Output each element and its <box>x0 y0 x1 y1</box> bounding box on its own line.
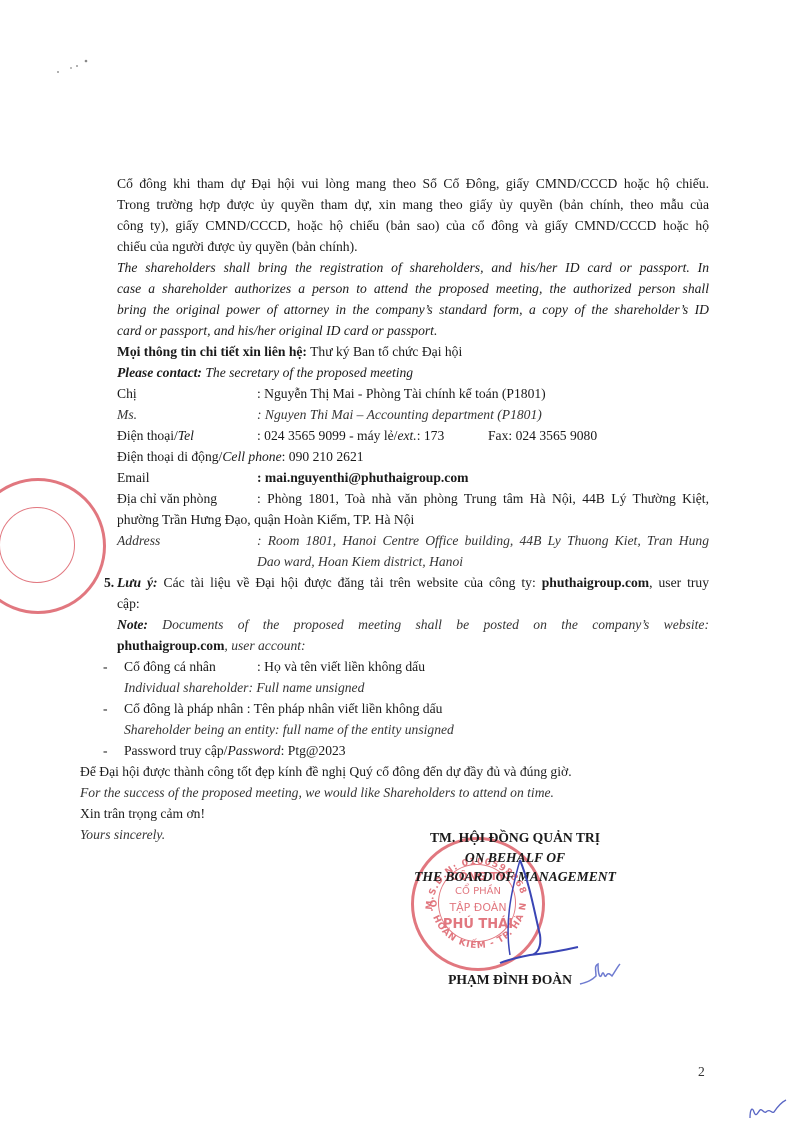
contact-label-ms: Ms. <box>117 405 137 425</box>
contact-heading-en: Please contact: The secretary of the pro… <box>117 363 413 383</box>
contact-address-line-1: : Room 1801, Hanoi Centre Office buildin… <box>257 531 709 551</box>
vn-documents-line-4: chiếu của người được ủy quyền (bản chính… <box>117 237 358 257</box>
bullet-individual-label: Cổ đông cá nhân <box>124 657 216 677</box>
signer-initials <box>578 962 623 992</box>
tel-ext-number: : 173 <box>417 428 445 443</box>
en-documents-line-4: card or passport, and his/her original I… <box>117 321 437 341</box>
note-en-website-link[interactable]: phuthaigroup.com <box>117 638 224 653</box>
tel-number: : 024 3565 9099 - máy lẻ/ <box>257 428 397 443</box>
en-documents-line-1: The shareholders shall bring the registr… <box>117 258 709 278</box>
note-vn-text: Các tài liệu về Đại hội được đăng tải tr… <box>158 575 542 590</box>
vn-documents-line-1: Cổ đông khi tham dự Đại hội vui lòng man… <box>117 174 709 194</box>
note-en-line-1: Note: Documents of the proposed meeting … <box>117 615 709 635</box>
signature-stroke <box>480 855 580 970</box>
contact-address-line-2: Dao ward, Hoan Kiem district, Hanoi <box>257 552 463 572</box>
closing-en-thanks: Yours sincerely. <box>80 825 165 845</box>
tel-label-vn: Điện thoại/ <box>117 428 178 443</box>
bullet-individual-en: Individual shareholder: Full name unsign… <box>124 678 364 698</box>
bullet-entity-en: Shareholder being an entity: full name o… <box>124 720 454 740</box>
contact-email-link[interactable]: : mai.nguyenthi@phuthaigroup.com <box>257 468 468 488</box>
contact-label-chi: Chị <box>117 384 137 404</box>
contact-label-office: Địa chỉ văn phòng <box>117 489 217 509</box>
contact-value-chi: : Nguyễn Thị Mai - Phòng Tài chính kế to… <box>257 384 546 404</box>
note-vn-line-1: Lưu ý: Các tài liệu về Đại hội được đăng… <box>117 573 709 593</box>
margin-stamp-partial <box>0 478 106 614</box>
contact-heading-vn-text: Thư ký Ban tổ chức Đại hội <box>307 344 462 359</box>
closing-vn-request: Để Đại hội được thành công tốt đẹp kính … <box>80 762 572 782</box>
note-vn-line-2: cập: <box>117 594 140 614</box>
closing-en-request: For the success of the proposed meeting,… <box>80 783 554 803</box>
contact-label-address: Address <box>117 531 160 551</box>
note-en-text: Documents of the proposed meeting shall … <box>148 617 709 632</box>
margin-stamp-inner-ring <box>0 507 75 583</box>
bullet-dash-2: - <box>103 699 108 719</box>
contact-heading-en-bold: Please contact: <box>117 365 202 380</box>
scan-artifact <box>55 55 95 80</box>
note-vn-text-b: , user truy <box>649 575 709 590</box>
password-label-vn: Password truy cập/ <box>124 743 227 758</box>
note-en-line-2: phuthaigroup.com, user account: <box>117 636 306 656</box>
en-documents-line-2: case a shareholder authorizes a person t… <box>117 279 709 299</box>
contact-label-email: Email <box>117 468 149 488</box>
bullet-password: Password truy cập/Password: Ptg@2023 <box>124 741 346 761</box>
contact-office-line-1: : Phòng 1801, Toà nhà văn phòng Trung tâ… <box>257 489 709 509</box>
contact-value-ms: : Nguyen Thi Mai – Accounting department… <box>257 405 542 425</box>
password-value: : Ptg@2023 <box>281 743 346 758</box>
bullet-entity-value: : Tên pháp nhân viết liền không dấu <box>243 701 442 716</box>
note-en-bold: Note: <box>117 617 148 632</box>
cell-label-vn: Điện thoại di động/ <box>117 449 222 464</box>
contact-value-tel: : 024 3565 9099 - máy lẻ/ext.: 173 <box>257 426 444 446</box>
signature-vn-title: TM. HỘI ĐỒNG QUẢN TRỊ <box>415 828 615 847</box>
page-number: 2 <box>698 1062 705 1082</box>
note-vn-website-link[interactable]: phuthaigroup.com <box>542 575 649 590</box>
vn-documents-line-3: công ty), giấy CMND/CCCD, hoặc hộ chiếu … <box>117 216 709 236</box>
cell-label-en: Cell phone <box>222 449 281 464</box>
contact-heading-vn-bold: Mọi thông tin chi tiết xin liên hệ: <box>117 344 307 359</box>
cell-number: : 090 210 2621 <box>282 449 364 464</box>
bullet-individual-value: : Họ và tên viết liền không dấu <box>257 657 425 677</box>
en-documents-line-3: bring the original power of attorney in … <box>117 300 709 320</box>
contact-office-line-2: phường Trần Hưng Đạo, quận Hoàn Kiếm, TP… <box>117 510 414 530</box>
contact-heading-vn: Mọi thông tin chi tiết xin liên hệ: Thư … <box>117 342 462 362</box>
signer-name: PHẠM ĐÌNH ĐOÀN <box>440 970 580 989</box>
note-en-text-b: , user account: <box>224 638 305 653</box>
bullet-entity-label: Cổ đông là pháp nhân <box>124 701 243 716</box>
password-label-en: Password <box>227 743 280 758</box>
note-vn-bold: Lưu ý: <box>117 575 158 590</box>
note-item-number: 5. <box>104 573 114 593</box>
vn-documents-line-2: Trong trường hợp được ủy quyền tham dự, … <box>117 195 709 215</box>
tel-label-en: Tel <box>178 428 194 443</box>
tel-ext-label: ext. <box>397 428 416 443</box>
contact-cell-phone: Điện thoại di động/Cell phone: 090 210 2… <box>117 447 364 467</box>
page-initials <box>748 1098 788 1123</box>
closing-vn-thanks: Xin trân trọng cảm ơn! <box>80 804 205 824</box>
contact-fax: Fax: 024 3565 9080 <box>488 426 597 446</box>
contact-heading-en-text: The secretary of the proposed meeting <box>202 365 413 380</box>
bullet-dash-1: - <box>103 657 108 677</box>
contact-label-tel: Điện thoại/Tel <box>117 426 194 446</box>
bullet-entity-vn: Cổ đông là pháp nhân : Tên pháp nhân viế… <box>124 699 442 719</box>
bullet-dash-3: - <box>103 741 108 761</box>
